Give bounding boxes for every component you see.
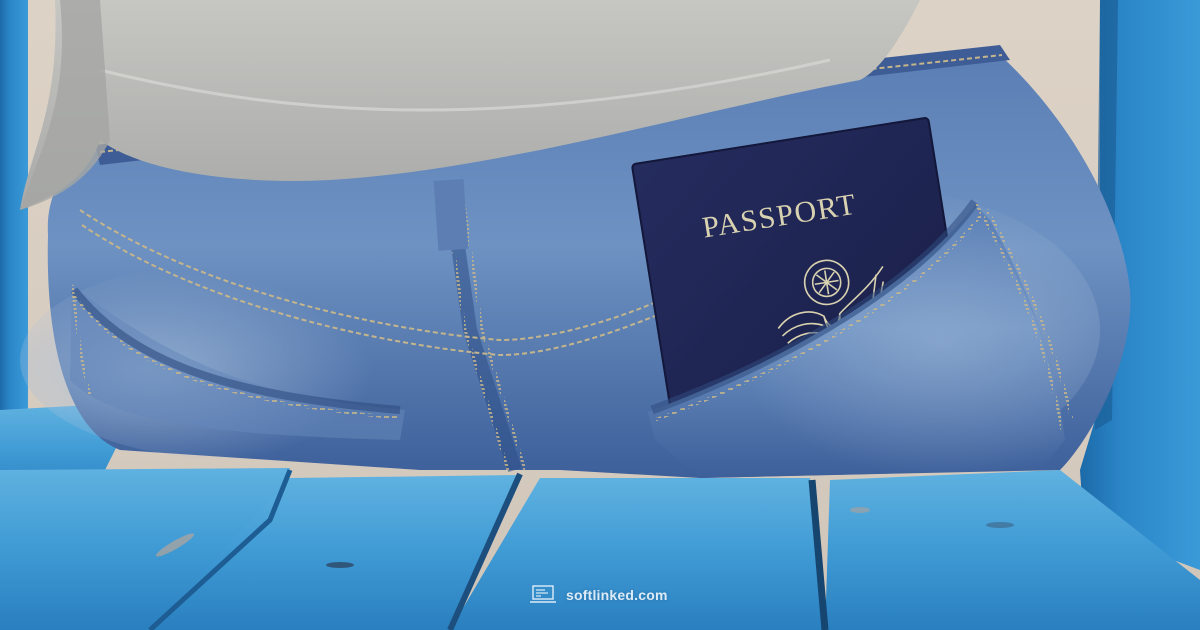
photo-scene: PASSPORT softlinked.com <box>0 0 1200 630</box>
laptop-icon <box>530 585 556 605</box>
watermark: softlinked.com <box>530 585 668 605</box>
photo <box>0 0 1200 630</box>
watermark-text: softlinked.com <box>566 587 668 603</box>
